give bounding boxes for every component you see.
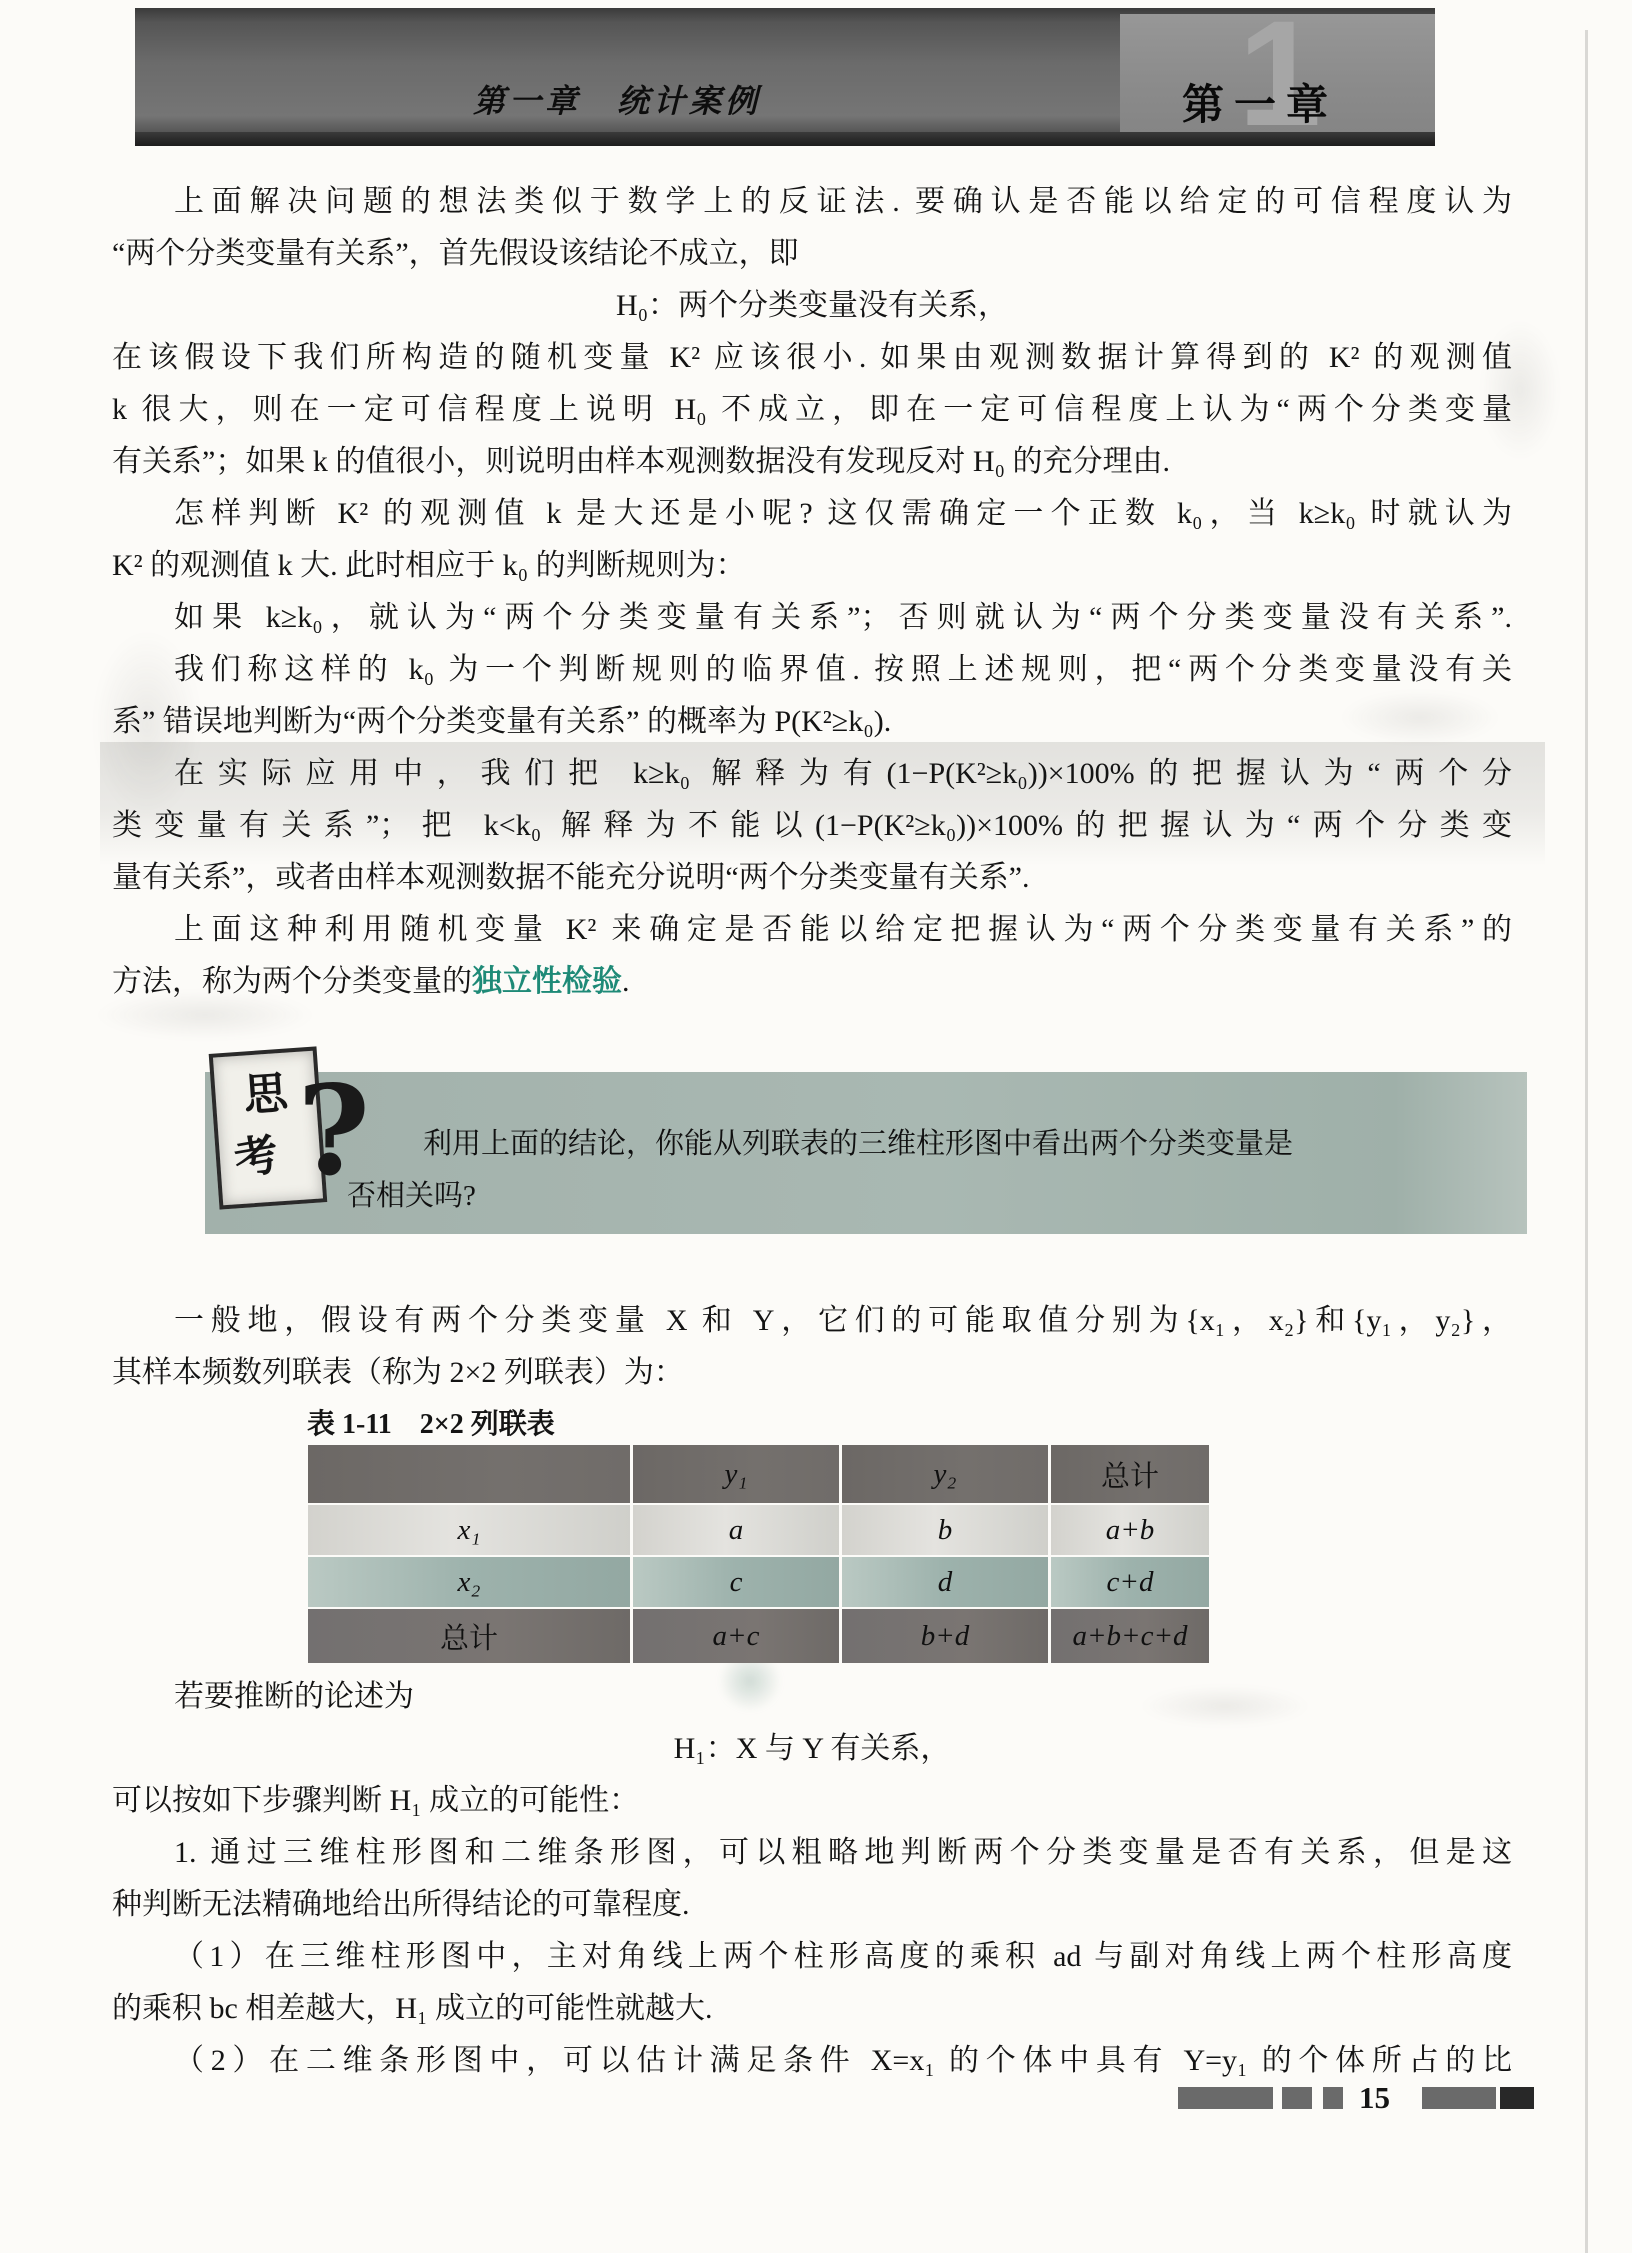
text-line: 在实际应用中，我们把 k≥k₀ 解释为有(1−P(K²≥k₀))×100%的把握… xyxy=(112,748,1512,800)
formula-h1: H₁：X 与 Y 有关系， xyxy=(112,1723,1512,1775)
text-line: 一般地，假设有两个分类变量 X 和 Y，它们的可能取值分别为{x₁，x₂}和{y… xyxy=(112,1295,1512,1347)
table-cell: c xyxy=(633,1557,839,1607)
table-row: x₂ c d c+d xyxy=(308,1557,1209,1607)
table-cell: a xyxy=(633,1505,839,1555)
text-line: 利用上面的结论，你能从列联表的三维柱形图中看出两个分类变量是 xyxy=(347,1118,1497,1170)
header-bottom-strip xyxy=(135,132,1435,146)
table-row: x₁ a b a+b xyxy=(308,1505,1209,1555)
term-independence-test: 独立性检验 xyxy=(472,965,622,998)
table-cell: 总计 xyxy=(308,1609,630,1663)
text-line: 方法，称为两个分类变量的独立性检验. xyxy=(112,956,1512,1008)
think-icon-char-bottom: 考 xyxy=(228,1118,282,1189)
footer-bar xyxy=(1323,2087,1343,2109)
text-line: 在该假设下我们所构造的随机变量 K² 应该很小. 如果由观测数据计算得到的 K²… xyxy=(112,332,1512,384)
table-cell: a+b+c+d xyxy=(1051,1609,1209,1663)
text-line: K² 的观测值 k 大. 此时相应于 k₀ 的判断规则为： xyxy=(112,540,1512,592)
chapter-tab-label: 第一章 xyxy=(1182,72,1338,132)
table-cell: 总计 xyxy=(1051,1445,1209,1503)
table-cell: x₂ xyxy=(308,1557,630,1607)
text-line: 其样本频数列联表（称为 2×2 列联表）为： xyxy=(112,1347,1512,1399)
text-line: 种判断无法精确地给出所得结论的可靠程度. xyxy=(112,1879,1512,1931)
text-line: 若要推断的论述为 xyxy=(112,1671,1512,1723)
table-cell: d xyxy=(842,1557,1048,1607)
table-cell: c+d xyxy=(1051,1557,1209,1607)
text-line: 否相关吗? xyxy=(347,1170,1497,1222)
text-line: 的乘积 bc 相差越大，H₁ 成立的可能性就越大. xyxy=(112,1983,1512,2035)
think-callout-box: 利用上面的结论，你能从列联表的三维柱形图中看出两个分类变量是 否相关吗? xyxy=(205,1072,1527,1234)
text-line: 如果 k≥k₀，就认为“两个分类变量有关系”；否则就认为“两个分类变量没有关系”… xyxy=(112,592,1512,644)
footer-bar xyxy=(1178,2087,1273,2109)
running-head-chapter-title: 第一章 统计案例 xyxy=(473,76,761,122)
text-line: 量有关系”，或者由样本观测数据不能充分说明“两个分类变量有关系”. xyxy=(112,852,1512,904)
text-line: （2）在二维条形图中，可以估计满足条件 X=x₁ 的个体中具有 Y=y₁ 的个体… xyxy=(112,2035,1512,2087)
formula-h0: H₀：两个分类变量没有关系， xyxy=(112,280,1512,332)
table-cell: a+c xyxy=(633,1609,839,1663)
text-line: 可以按如下步骤判断 H₁ 成立的可能性： xyxy=(112,1775,1512,1827)
text-line: 上面这种利用随机变量 K² 来确定是否能以给定把握认为“两个分类变量有关系”的 xyxy=(112,904,1512,956)
chapter-tab-box: 1 第一章 xyxy=(1120,14,1435,132)
contingency-table: y₁ y₂ 总计 x₁ a b a+b x₂ c d c+d 总计 a+c b+… xyxy=(305,1443,1212,1665)
text-line: 有关系”；如果 k 的值很小，则说明由样本观测数据没有发现反对 H₀ 的充分理由… xyxy=(112,436,1512,488)
footer-bar xyxy=(1500,2087,1534,2109)
table-total-row: 总计 a+c b+d a+b+c+d xyxy=(308,1609,1209,1663)
text-line: 我们称这样的 k₀ 为一个判断规则的临界值. 按照上述规则，把“两个分类变量没有… xyxy=(112,644,1512,696)
page-footer: 15 xyxy=(1178,2086,1534,2110)
text-line: k 很大，则在一定可信程度上说明 H₀ 不成立，即在一定可信程度上认为“两个分类… xyxy=(112,384,1512,436)
text-line: 怎样判断 K² 的观测值 k 是大还是小呢? 这仅需确定一个正数 k₀，当 k≥… xyxy=(112,488,1512,540)
text-line: 系” 错误地判断为“两个分类变量有关系” 的概率为 P(K²≥k₀). xyxy=(112,696,1512,748)
table-cell: a+b xyxy=(1051,1505,1209,1555)
text-run: . xyxy=(622,965,630,998)
text-run: 方法，称为两个分类变量的 xyxy=(112,965,472,998)
table-cell: x₁ xyxy=(308,1505,630,1555)
think-icon-char-top: 思 xyxy=(241,1057,289,1124)
text-line: 上面解决问题的想法类似于数学上的反证法. 要确认是否能以给定的可信程度认为 xyxy=(112,176,1512,228)
page-number: 15 xyxy=(1359,2086,1390,2110)
table-cell xyxy=(308,1445,630,1503)
text-line: “两个分类变量有关系”，首先假设该结论不成立，即 xyxy=(112,228,1512,280)
think-text: 利用上面的结论，你能从列联表的三维柱形图中看出两个分类变量是 否相关吗? xyxy=(205,1072,1527,1222)
table-header-row: y₁ y₂ 总计 xyxy=(308,1445,1209,1503)
text-line: 1. 通过三维柱形图和二维条形图，可以粗略地判断两个分类变量是否有关系，但是这 xyxy=(112,1827,1512,1879)
footer-bar xyxy=(1422,2087,1496,2109)
table-cell: y₁ xyxy=(633,1445,839,1503)
text-line: （1）在三维柱形图中，主对角线上两个柱形高度的乘积 ad 与副对角线上两个柱形高… xyxy=(112,1931,1512,1983)
page-edge-line xyxy=(1585,30,1588,2253)
question-mark-icon: ? xyxy=(297,1070,370,1194)
table-cell: y₂ xyxy=(842,1445,1048,1503)
chapter-header-bar: 第一章 统计案例 1 第一章 xyxy=(135,8,1435,146)
table-cell: b xyxy=(842,1505,1048,1555)
text-line: 类变量有关系”；把 k<k₀ 解释为不能以(1−P(K²≥k₀))×100%的把… xyxy=(112,800,1512,852)
table-cell: b+d xyxy=(842,1609,1048,1663)
footer-bar xyxy=(1282,2087,1312,2109)
think-icon: 思 考 ? xyxy=(206,1042,366,1212)
textbook-page: 第一章 统计案例 1 第一章 上面解决问题的想法类似于数学上的反证法. 要确认是… xyxy=(0,0,1632,2253)
